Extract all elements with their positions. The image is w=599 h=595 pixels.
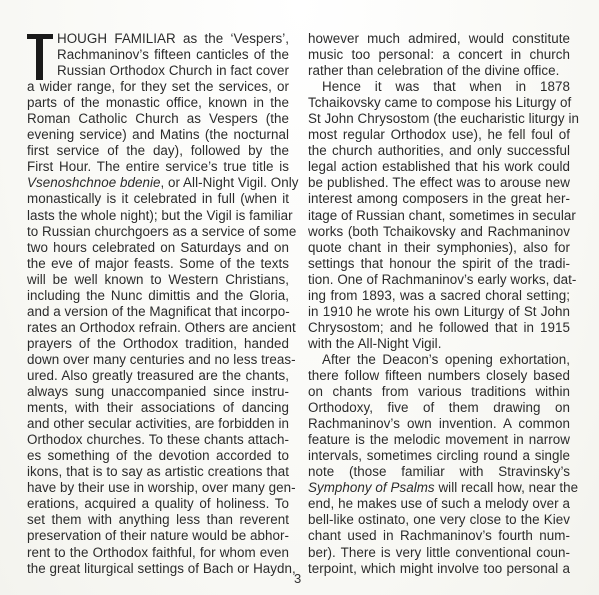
line-text: works (both Tchaikovsky and Rachmaninov [308,224,570,239]
line-text: will be well known to Western Christians… [27,272,289,287]
line-text: feature is the melodic movement in narro… [308,432,570,447]
line-text: have by their use in worship, over many … [27,480,296,495]
booklet-page: HOUGH FAMILIAR as the ‘Vespers’,Rachmani… [0,0,599,595]
text-line: down over many centuries and no less tre… [27,352,289,368]
line-text: chant used in Rachmaninov’s fourth num- [308,528,570,543]
text-line: the church authorities, and only success… [308,143,570,159]
text-line: St John Chrysostom (the eucharistic litu… [308,111,570,127]
line-text: the church authorities, and only success… [308,143,570,158]
line-text: Roman Catholic Church as Vespers (the [27,111,289,126]
text-line: the great liturgical settings of Bach or… [27,561,289,577]
line-text: St John Chrysostom (the eucharistic litu… [308,111,579,126]
page-number: 3 [294,571,301,586]
text-line: two hours celebrated on Saturdays and on [27,240,289,256]
text-line: Orthodoxy, five of them drawing on [308,400,570,416]
text-line: will be well known to Western Christians… [27,272,289,288]
line-text: always sung unaccompanied since instru- [27,384,289,399]
text-line: bell-like ostinato, one very close to th… [308,512,570,528]
text-line: with the All-Night Vigil. [308,336,570,352]
line-text: Orthodoxy, five of them drawing on [308,400,570,415]
line-text: legal action established that his work c… [308,159,570,174]
line-text: ber). There is very little conventional … [308,545,570,560]
line-text: to Russian churchgoers as a service of s… [27,224,296,239]
line-text: Orthodox churches. To these chants attac… [27,432,289,447]
text-line: legal action established that his work c… [308,159,570,175]
text-line: Rachmaninov’s own invention. A common [308,416,570,432]
line-text: erations, acquired a quality of holiness… [27,496,289,511]
text-line: HOUGH FAMILIAR as the ‘Vespers’, [27,31,289,47]
text-line: have by their use in worship, over many … [27,480,289,496]
line-text: music too personal: a concert in church [308,47,570,62]
text-line: be published. The effect was to arouse n… [308,175,570,191]
line-text: however much admired, would constitute [308,31,570,46]
line-text: rather than celebration of the divine of… [308,63,559,78]
text-line: After the Deacon’s opening exhortation, [308,352,570,368]
text-line: to Russian churchgoers as a service of s… [27,224,289,240]
line-text: prayers of the Orthodox tradition, hande… [27,336,289,351]
line-text: Russian Orthodox Church in fact cover [57,63,289,78]
line-text: there follow fifteen numbers closely bas… [308,368,570,383]
line-text: intervals, sometimes circling round a si… [308,448,570,463]
text-line: Rachmaninov’s fifteen canticles of the [27,47,289,63]
line-text: be published. The effect was to arouse n… [308,175,570,190]
text-line: Russian Orthodox Church in fact cover [27,63,289,79]
text-line: note (those familiar with Stravinsky’s [308,464,570,480]
line-text: rent to the Orthodox faithful, for whom … [27,545,289,560]
text-line: es something of the devotion accorded to [27,448,289,464]
line-text: Chrysostom; and he followed that in 1915 [308,320,570,335]
line-text: the eve of major feasts. Some of the tex… [27,256,289,271]
text-line: Symphony of Psalms will recall how, near… [308,480,570,496]
text-line: first service of the day), followed by t… [27,143,289,159]
line-text: note (those familiar with Stravinsky’s [308,464,570,479]
line-text: ing from 1893, was a sacred choral setti… [308,288,570,303]
line-text: with the All-Night Vigil. [308,336,441,351]
line-text: on chants from various traditions within [308,384,570,399]
text-line: on chants from various traditions within [308,384,570,400]
line-text: es something of the devotion accorded to [27,448,289,463]
text-line: Vsenoshchnoe bdenie, or All-Night Vigil.… [27,175,289,191]
text-line: evening service) and Matins (the nocturn… [27,127,289,143]
text-line: terpoint, which might involve too person… [308,561,570,577]
text-line: Chrysostom; and he followed that in 1915 [308,320,570,336]
line-text: Rachmaninov’s fifteen canticles of the [57,47,289,62]
text-line: Tchaikovsky came to compose his Liturgy … [308,95,570,111]
line-text: will recall how, near the [435,480,578,495]
text-line: ments, with their associations of dancin… [27,400,289,416]
text-line: ured. Also greatly treasured are the cha… [27,368,289,384]
text-line: monastically is it celebrated in full (w… [27,191,289,207]
text-line: prayers of the Orthodox tradition, hande… [27,336,289,352]
text-line: lasts the whole night); but the Vigil is… [27,208,289,224]
text-line: and a version of the Magnificat that inc… [27,304,289,320]
text-line: parts of the monastic office, known in t… [27,95,289,111]
text-line: interest among composers in the great he… [308,191,570,207]
text-line: ikons, that is to say as artistic creati… [27,464,289,480]
line-text: tion. One of Rachmaninov’s early works, … [308,272,576,287]
line-text: interest among composers in the great he… [308,191,570,206]
italic-title: Vsenoshchnoe bdenie [27,175,160,190]
line-text: ikons, that is to say as artistic creati… [27,464,289,479]
text-line: the eve of major feasts. Some of the tex… [27,256,289,272]
line-text: After the Deacon’s opening exhortation, [322,352,570,367]
line-text: , or All-Night Vigil. Only [160,175,298,190]
line-text: Hence it was that when in 1878 [322,79,570,94]
text-line: Roman Catholic Church as Vespers (the [27,111,289,127]
line-text: a wider range, for they set the services… [27,79,289,94]
line-text: two hours celebrated on Saturdays and on [27,240,289,255]
text-line: erations, acquired a quality of holiness… [27,496,289,512]
line-text: end, he makes use of such a melody over … [308,496,570,511]
left-text-column: HOUGH FAMILIAR as the ‘Vespers’,Rachmani… [27,31,289,577]
text-line: itage of Russian chant, sometimes in sec… [308,208,570,224]
text-line: set them with anything less than reveren… [27,512,289,528]
text-line: a wider range, for they set the services… [27,79,289,95]
line-text: monastically is it celebrated in full (w… [27,191,289,206]
line-text: set them with anything less than reveren… [27,512,289,527]
line-text: in 1910 he wrote his own Liturgy of St J… [308,304,570,319]
line-text: quote chant in their symphonies), also f… [308,240,570,255]
text-line: ing from 1893, was a sacred choral setti… [308,288,570,304]
line-text: down over many centuries and no less tre… [27,352,296,367]
line-text: and a version of the Magnificat that inc… [27,304,290,319]
line-text: Rachmaninov’s own invention. A common [308,416,570,431]
line-text: and other secular activities, are forbid… [27,416,289,431]
line-text: ments, with their associations of dancin… [27,400,289,415]
text-line: most regular Orthodox use), he fell foul… [308,127,570,143]
text-line: preservation of their nature would be ab… [27,528,289,544]
line-text: parts of the monastic office, known in t… [27,95,289,110]
line-text: evening service) and Matins (the nocturn… [27,127,289,142]
text-line: including the Nunc dimittis and the Glor… [27,288,289,304]
line-text: terpoint, which might involve too person… [308,561,570,576]
line-text: settings that honour the spirit of the t… [308,256,570,271]
text-line: Orthodox churches. To these chants attac… [27,432,289,448]
line-text: including the Nunc dimittis and the Glor… [27,288,289,303]
text-line: First Hour. The entire service’s true ti… [27,159,289,175]
text-line: end, he makes use of such a melody over … [308,496,570,512]
text-line: works (both Tchaikovsky and Rachmaninov [308,224,570,240]
text-line: settings that honour the spirit of the t… [308,256,570,272]
line-text: the great liturgical settings of Bach or… [27,561,296,576]
text-line: intervals, sometimes circling round a si… [308,448,570,464]
text-line: feature is the melodic movement in narro… [308,432,570,448]
line-text: ured. Also greatly treasured are the cha… [27,368,289,383]
text-line: tion. One of Rachmaninov’s early works, … [308,272,570,288]
text-line: however much admired, would constitute [308,31,570,47]
text-line: always sung unaccompanied since instru- [27,384,289,400]
line-text: First Hour. The entire service’s true ti… [27,159,289,174]
text-line: there follow fifteen numbers closely bas… [308,368,570,384]
text-line: music too personal: a concert in church [308,47,570,63]
text-line: ber). There is very little conventional … [308,545,570,561]
right-text-column: however much admired, would constitutemu… [308,31,570,577]
line-text: preservation of their nature would be ab… [27,528,289,543]
line-text: most regular Orthodox use), he fell foul… [308,127,570,142]
text-line: quote chant in their symphonies), also f… [308,240,570,256]
text-line: in 1910 he wrote his own Liturgy of St J… [308,304,570,320]
line-text: Tchaikovsky came to compose his Liturgy … [308,95,571,110]
line-text: rates an Orthodox refrain. Others are an… [27,320,296,335]
text-line: chant used in Rachmaninov’s fourth num- [308,528,570,544]
text-line: Hence it was that when in 1878 [308,79,570,95]
text-line: rent to the Orthodox faithful, for whom … [27,545,289,561]
italic-title: Symphony of Psalms [308,480,435,495]
line-text: first service of the day), followed by t… [27,143,289,158]
text-line: rates an Orthodox refrain. Others are an… [27,320,289,336]
text-line: and other secular activities, are forbid… [27,416,289,432]
line-text: bell-like ostinato, one very close to th… [308,512,570,527]
text-line: rather than celebration of the divine of… [308,63,570,79]
line-text: HOUGH FAMILIAR as the ‘Vespers’, [57,31,289,46]
line-text: lasts the whole night); but the Vigil is… [27,208,293,223]
line-text: itage of Russian chant, sometimes in sec… [308,208,576,223]
